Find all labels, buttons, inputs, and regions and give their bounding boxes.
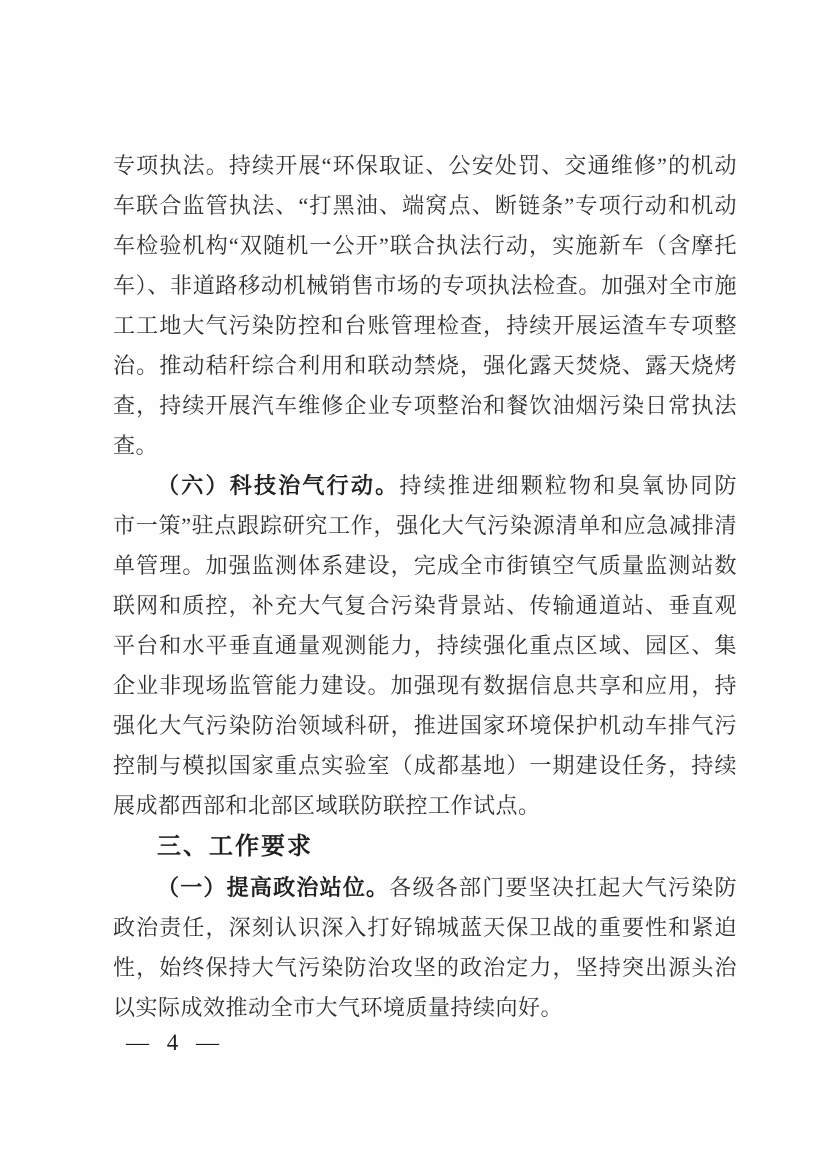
text-line: 单管理。加强监测体系建设，完成全市街镇空气质量监测站数据 <box>113 546 737 586</box>
section-heading-work-requirements: 三、工作要求 <box>113 826 737 868</box>
text-line: 工工地大气污染防控和台账管理检查，持续开展运渣车专项整 <box>113 306 737 346</box>
text-line: 政治责任，深刻认识深入打好锦城蓝天保卫战的重要性和紧迫 <box>113 908 737 948</box>
text-line: 查，持续开展汽车维修企业专项整治和餐饮油烟污染日常执法检 <box>113 386 737 426</box>
paragraph-lead: （一）提高政治站位。 <box>157 875 389 900</box>
paragraph-lead: （六）科技治气行动。 <box>157 473 399 498</box>
text-line: 市一策”驻点跟踪研究工作，强化大气污染源清单和应急减排清 <box>113 506 737 546</box>
text-line: 联网和质控，补充大气复合污染背景站、传输通道站、垂直观测 <box>113 586 737 626</box>
paragraph-enforcement: 专项执法。持续开展“环保取证、公安处罚、交通维修”的机动 车联合监管执法、“打黑… <box>113 146 737 466</box>
text-line: 性，始终保持大气污染防治攻坚的政治定力，坚持突出源头治本， <box>113 948 737 988</box>
text-line: 企业非现场监管能力建设。加强现有数据信息共享和应用，持续 <box>113 666 737 706</box>
text-line: 强化大气污染防治领域科研，推进国家环境保护机动车排气污染 <box>113 706 737 746</box>
text-line: 治。推动秸秆综合利用和联动禁烧，强化露天焚烧、露天烧烤巡 <box>113 346 737 386</box>
text-line: 车联合监管执法、“打黑油、端窝点、断链条”专项行动和机动 <box>113 186 737 226</box>
text-line: 专项执法。持续开展“环保取证、公安处罚、交通维修”的机动 <box>113 146 737 186</box>
text-line: （一）提高政治站位。各级各部门要坚决扛起大气污染防治 <box>113 868 737 908</box>
document-page: 专项执法。持续开展“环保取证、公安处罚、交通维修”的机动 车联合监管执法、“打黑… <box>0 0 826 1169</box>
paragraph-political-positioning: （一）提高政治站位。各级各部门要坚决扛起大气污染防治 政治责任，深刻认识深入打好… <box>113 868 737 1028</box>
text-line: 控制与模拟国家重点实验室（成都基地）一期建设任务，持续开 <box>113 746 737 786</box>
text-line: 平台和水平垂直通量观测能力，持续强化重点区域、园区、集群、 <box>113 626 737 666</box>
text-line: 车）、非道路移动机械销售市场的专项执法检查。加强对全市施 <box>113 266 737 306</box>
text-block: 专项执法。持续开展“环保取证、公安处罚、交通维修”的机动 车联合监管执法、“打黑… <box>113 146 737 1028</box>
text-line: 展成都西部和北部区域联防联控工作试点。 <box>113 786 737 826</box>
paragraph-science-tech-action: （六）科技治气行动。持续推进细颗粒物和臭氧协同防控“一 市一策”驻点跟踪研究工作… <box>113 466 737 826</box>
text-line: 以实际成效推动全市大气环境质量持续向好。 <box>113 988 737 1028</box>
text-line: 车检验机构“双随机一公开”联合执法行动，实施新车（含摩托 <box>113 226 737 266</box>
page-number: — 4 — <box>126 1028 225 1058</box>
text-line: （六）科技治气行动。持续推进细颗粒物和臭氧协同防控“一 <box>113 466 737 506</box>
text-line: 查。 <box>113 426 737 466</box>
